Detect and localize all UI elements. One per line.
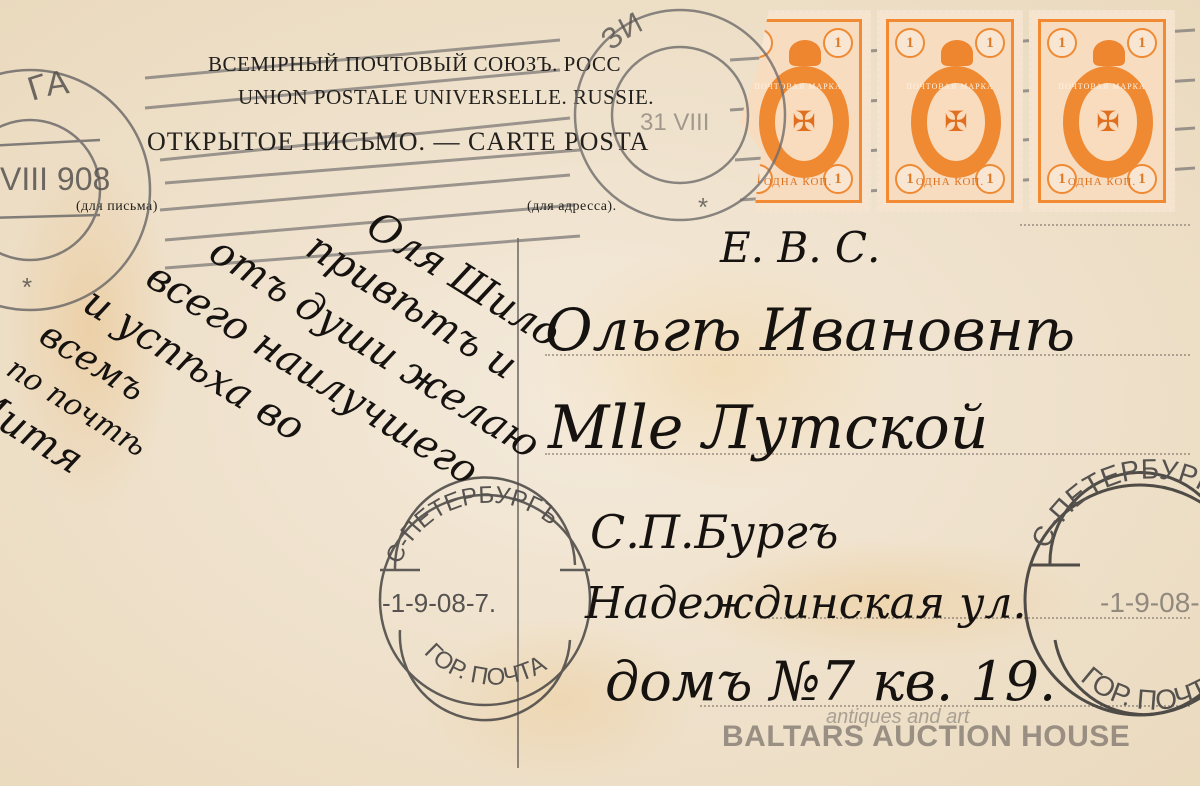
address-block: Е. В. С. Ольгѣ Ивановнѣ Mlle Лутской С.П… [545,223,1075,713]
postcard: ВСЕМІРНЫЙ ПОЧТОВЫЙ СОЮЗЪ. РОСС UNION POS… [0,0,1200,786]
svg-text:ГОР. ПОЧТА: ГОР. ПОЧТА [1076,661,1200,716]
star-icon: * [698,192,708,222]
address-line-5: Надеждинская ул. [584,578,1027,629]
watermark-subtitle: antiques and art [826,706,969,729]
postmark-date: -1-9-08- [1100,587,1200,618]
ink-layer: ГА VIII 908 * ЗИ 31 VIII * С-ПЕТЕРБУРГЪ … [0,0,1200,786]
svg-text:С-ПЕТЕРБУРГЪ: С-ПЕТЕРБУРГЪ [381,482,564,568]
svg-text:С-ПЕТЕРБУРГЪ: С-ПЕТЕРБУРГЪ [1025,453,1200,552]
svg-text:ГОР. ПОЧТА: ГОР. ПОЧТА [419,638,551,691]
address-line-6: домъ №7 кв. 19. [605,650,1056,713]
address-line-3: Mlle Лутской [547,393,988,463]
postmark-date: 31 VIII [640,109,709,136]
postmark-date: VIII 908 [0,161,110,197]
svg-text:ЗИ: ЗИ [595,6,648,56]
star-icon: * [22,272,32,302]
watermark: antiques and art BALTARS AUCTION HOUSE [722,712,1130,754]
postmark-date: -1-9-08-7. [382,588,496,618]
address-line-2: Ольгѣ Ивановнѣ [545,296,1075,364]
address-line-4: С.П.Бургъ [590,505,838,559]
address-line-1: Е. В. С. [719,223,880,272]
